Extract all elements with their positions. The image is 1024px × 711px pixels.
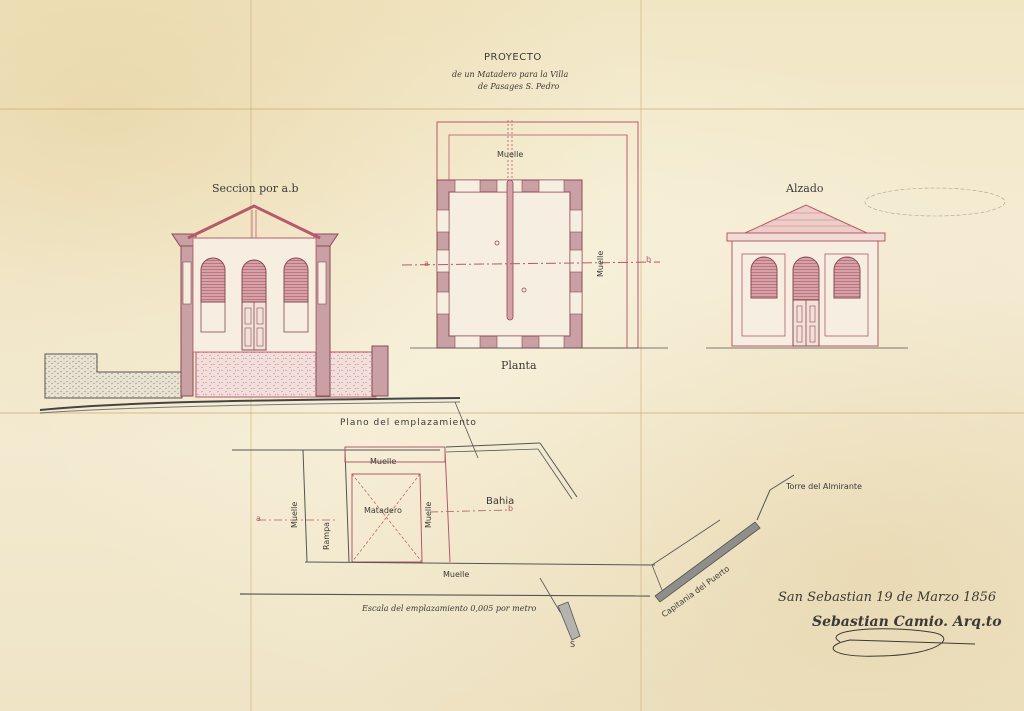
site-axis-a: a <box>256 514 261 523</box>
scale-note: Escala del emplazamiento 0,005 por metro <box>362 604 536 613</box>
section-title: Seccion por a.b <box>212 182 299 195</box>
document-subtitle-line1: de un Matadero para la Villa <box>452 70 568 79</box>
section-drawing <box>40 206 460 413</box>
plan-axis-a: a <box>424 259 429 268</box>
site-label-muelle-bottom: Muelle <box>443 570 469 579</box>
document-subtitle-line2: de Pasages S. Pedro <box>478 82 559 91</box>
elevation-title: Alzado <box>786 182 823 195</box>
site-label-matadero: Matadero <box>364 506 402 515</box>
north-arrow-label: S <box>570 640 575 649</box>
signature-name: Sebastian Camio. Arq.to <box>812 614 1002 630</box>
site-label-torre: Torre del Almirante <box>786 482 862 491</box>
plan-title: Planta <box>501 359 537 372</box>
site-axis-b: b <box>508 504 513 513</box>
site-plan-title: Plano del emplazamiento <box>340 418 477 428</box>
site-label-muelle-top: Muelle <box>370 457 396 466</box>
site-label-muelle-right: Muelle <box>424 502 433 528</box>
document-title: PROYECTO <box>484 52 542 63</box>
plan-axis-b: b <box>646 255 651 264</box>
elevation-drawing <box>706 188 1005 348</box>
signature-place-date: San Sebastian 19 de Marzo 1856 <box>778 590 996 605</box>
site-label-rampa: Rampa <box>322 522 331 550</box>
plan-label-muelle-right: Muelle <box>596 251 605 277</box>
plan-drawing <box>402 120 668 348</box>
site-label-muelle-left: Muelle <box>290 502 299 528</box>
plan-label-muelle-top: Muelle <box>497 150 523 159</box>
